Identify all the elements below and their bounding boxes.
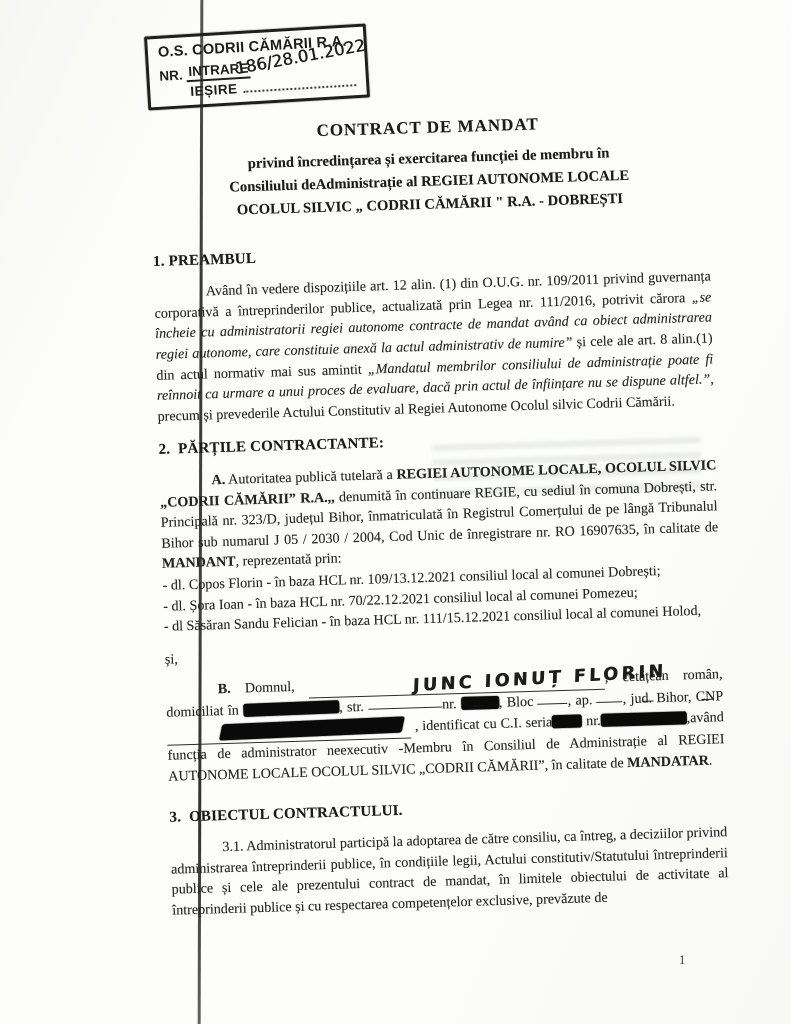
party-a-paragraph: A. Autoritatea publică tutelară a REGIEI… xyxy=(159,455,719,574)
contract-body: CONTRACT DE MANDAT privind încredințarea… xyxy=(149,109,729,921)
redaction-cnp xyxy=(219,716,405,740)
party-b-domiciliat: domiciliat în xyxy=(166,703,243,721)
registration-stamp: O.S. CODRII CĂMĂRII R.A. NR. INTRARE IEȘ… xyxy=(144,23,370,110)
redaction-ci-number xyxy=(600,711,686,727)
party-a-text-1: Autoritatea publică tutelară a xyxy=(225,467,397,488)
redaction-ci-series xyxy=(552,714,582,728)
party-b-mandatar: MANDATAR xyxy=(627,753,709,771)
party-a-text-2: denumită în continuare REGIE, cu sediul … xyxy=(161,478,719,552)
party-b-bloc-label: , Bloc xyxy=(499,694,538,711)
subtitle-line-1: privind încredințarea și exercitarea fun… xyxy=(248,145,610,172)
section-1-heading: 1. PREAMBUL xyxy=(153,235,710,272)
party-b-period: . xyxy=(709,753,713,769)
section-2-heading: 2. PĂRȚILE CONTRACTANTE: xyxy=(158,424,715,461)
section-3-heading: 3. OBIECTUL CONTRACTULUI. xyxy=(169,791,726,828)
party-a-mandant: MANDANT xyxy=(162,554,236,572)
preambul-paragraph: Având în vedere dispozițiile art. 12 ali… xyxy=(154,267,715,428)
stamp-nr-label: NR. xyxy=(159,67,183,83)
party-b-domnul: Domnul, xyxy=(230,679,309,697)
redaction-domicile xyxy=(243,700,339,717)
handwritten-dash-street: — xyxy=(420,696,485,718)
handwritten-dash-ap: — xyxy=(648,689,713,711)
party-a-label: A. xyxy=(211,472,225,488)
party-b-nr2-label: nr. xyxy=(582,713,601,730)
document-subtitle: privind încredințarea și exercitarea fun… xyxy=(150,139,709,224)
subtitle-line-3: OCOLUL SILVIC „ CODRII CĂMĂRII " R.A. - … xyxy=(237,191,624,218)
party-b-label: B. xyxy=(218,681,231,697)
bloc-blank-line: — xyxy=(537,691,567,705)
object-paragraph-31: 3.1. Administratorul participă la adopta… xyxy=(170,822,729,921)
handwritten-dash-bloc: — xyxy=(589,691,654,713)
subtitle-line-2: Consiliului deAdministrație al REGIEI AU… xyxy=(229,167,629,195)
stamp-dotted-line xyxy=(244,83,357,93)
party-a-text-3: , reprezentată prin: xyxy=(235,551,341,570)
scanned-contract-page: O.S. CODRII CĂMĂRII R.A. NR. INTRARE IEȘ… xyxy=(0,0,791,1024)
stamp-iesire-label: IEȘIRE xyxy=(190,81,238,99)
party-b-str-label: , str. xyxy=(339,699,368,716)
party-b-paragraph: B. Domnul, JUNC IONUȚ FLORIN, cetățean r… xyxy=(165,665,725,788)
page-number: 1 xyxy=(679,953,685,968)
